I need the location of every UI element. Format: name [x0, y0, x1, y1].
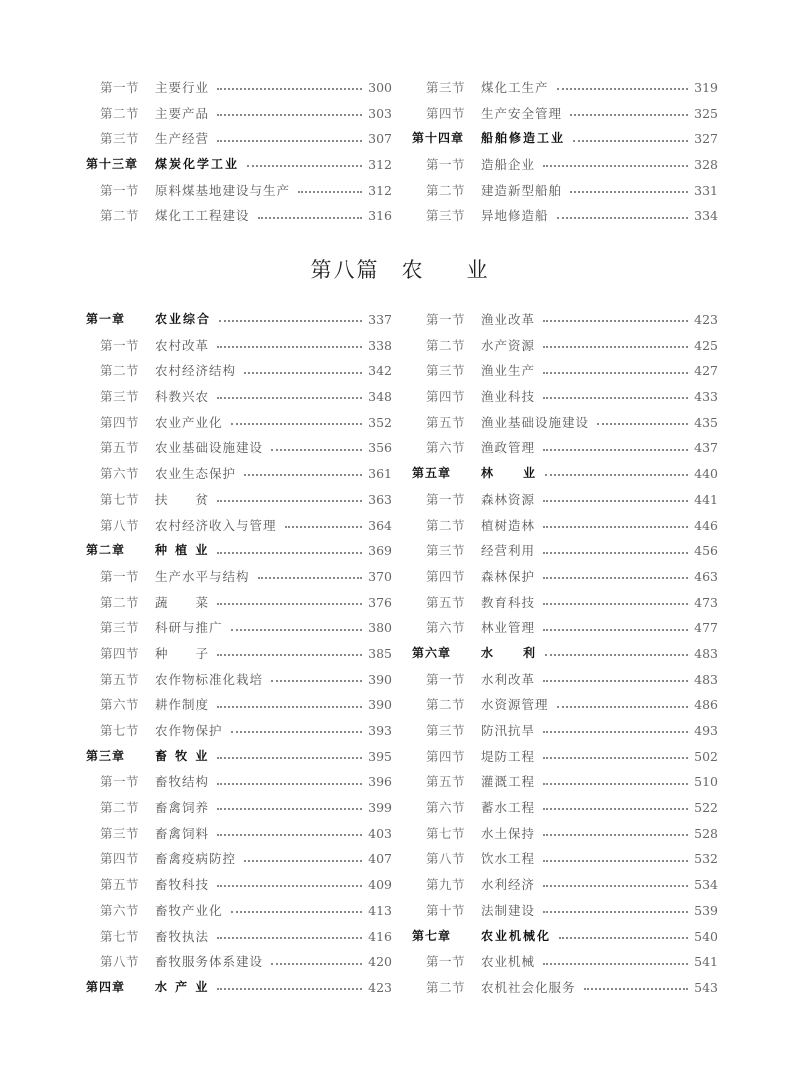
entry-title: 农业综合 — [155, 307, 217, 333]
page-number: 456 — [694, 538, 718, 564]
leader-dots — [217, 87, 362, 90]
toc-section-entry[interactable]: 第五节教育科技473 — [412, 590, 718, 616]
page-number: 483 — [694, 667, 718, 693]
entry-label: 第四节 — [426, 564, 481, 590]
leader-dots — [543, 448, 688, 451]
leader-dots — [597, 422, 688, 425]
toc-chapter-entry[interactable]: 第七章农业机械化540 — [412, 924, 718, 950]
entry-label: 第一节 — [100, 564, 155, 590]
toc-section-entry[interactable]: 第五节畜牧科技409 — [86, 872, 392, 898]
page-number: 369 — [368, 538, 392, 564]
toc-section-entry[interactable]: 第九节水利经济534 — [412, 872, 718, 898]
toc-section-entry[interactable]: 第三节生产经营307 — [86, 126, 392, 152]
toc-chapter-entry[interactable]: 第二章种 植 业369 — [86, 538, 392, 564]
page-number: 440 — [694, 461, 718, 487]
toc-section-entry[interactable]: 第六节渔政管理437 — [412, 435, 718, 461]
leader-dots — [219, 319, 362, 322]
leader-dots — [231, 422, 362, 425]
entry-label: 第二节 — [100, 101, 155, 127]
page-number: 312 — [368, 178, 392, 204]
entry-label: 第五节 — [100, 872, 155, 898]
leader-dots — [244, 473, 362, 476]
toc-section-entry[interactable]: 第七节畜牧执法416 — [86, 924, 392, 950]
toc-bottom-left-column: 第一章农业综合337第一节农村改革338第二节农村经济结构342第三节科教兴农3… — [86, 307, 392, 1001]
toc-section-entry[interactable]: 第二节蔬 菜376 — [86, 590, 392, 616]
part-number: 第八篇 — [311, 254, 380, 284]
page-number: 325 — [694, 101, 718, 127]
leader-dots — [543, 525, 688, 528]
entry-label: 第七章 — [412, 924, 481, 950]
entry-title: 畜 牧 业 — [155, 744, 215, 770]
page-number: 399 — [368, 795, 392, 821]
entry-title: 畜禽饲料 — [155, 821, 215, 847]
toc-section-entry[interactable]: 第六节林业管理477 — [412, 615, 718, 641]
entry-title: 渔政管理 — [481, 435, 541, 461]
toc-section-entry[interactable]: 第四节畜禽疫病防控407 — [86, 846, 392, 872]
toc-section-entry[interactable]: 第三节渔业生产427 — [412, 358, 718, 384]
toc-section-entry[interactable]: 第一节渔业改革423 — [412, 307, 718, 333]
leader-dots — [258, 576, 362, 579]
entry-label: 第三节 — [100, 126, 155, 152]
page-number: 540 — [694, 924, 718, 950]
toc-section-entry[interactable]: 第二节植树造林446 — [412, 513, 718, 539]
entry-label: 第二节 — [100, 358, 155, 384]
entry-label: 第二节 — [426, 692, 481, 718]
toc-section-entry[interactable]: 第四节渔业科技433 — [412, 384, 718, 410]
entry-label: 第十节 — [426, 898, 481, 924]
entry-title: 科研与推广 — [155, 615, 229, 641]
entry-label: 第四节 — [100, 641, 155, 667]
toc-section-entry[interactable]: 第三节煤化工生产319 — [412, 75, 718, 101]
entry-label: 第七节 — [426, 821, 481, 847]
toc-section-entry[interactable]: 第五节渔业基础设施建设435 — [412, 410, 718, 436]
leader-dots — [543, 730, 688, 733]
page-number: 364 — [368, 513, 392, 539]
entry-label: 第一节 — [426, 487, 481, 513]
page-number: 403 — [368, 821, 392, 847]
toc-section-entry[interactable]: 第六节蓄水工程522 — [412, 795, 718, 821]
entry-label: 第三节 — [426, 358, 481, 384]
page-number: 395 — [368, 744, 392, 770]
toc-section-entry[interactable]: 第三节科研与推广380 — [86, 615, 392, 641]
page-number: 361 — [368, 461, 392, 487]
entry-label: 第一节 — [426, 152, 481, 178]
leader-dots — [231, 730, 362, 733]
entry-title: 畜禽饲养 — [155, 795, 215, 821]
toc-section-entry[interactable]: 第二节农村经济结构342 — [86, 358, 392, 384]
leader-dots — [559, 936, 688, 939]
leader-dots — [217, 833, 362, 836]
page-number: 356 — [368, 435, 392, 461]
toc-section-entry[interactable]: 第三节防汛抗旱493 — [412, 718, 718, 744]
entry-title: 经营利用 — [481, 538, 541, 564]
entry-label: 第一节 — [100, 178, 155, 204]
toc-section-entry[interactable]: 第四节森林保护463 — [412, 564, 718, 590]
leader-dots — [543, 910, 688, 913]
page-number: 385 — [368, 641, 392, 667]
leader-dots — [543, 807, 688, 810]
page-number: 380 — [368, 615, 392, 641]
toc-section-entry[interactable]: 第一节农业机械541 — [412, 949, 718, 975]
page-number: 493 — [694, 718, 718, 744]
leader-dots — [217, 551, 362, 554]
toc-section-entry[interactable]: 第十节法制建设539 — [412, 898, 718, 924]
entry-label: 第三节 — [426, 75, 481, 101]
leader-dots — [217, 345, 362, 348]
entry-label: 第四节 — [100, 846, 155, 872]
entry-label: 第一节 — [100, 333, 155, 359]
leader-dots — [543, 499, 688, 502]
entry-label: 第六节 — [100, 692, 155, 718]
entry-label: 第四节 — [426, 101, 481, 127]
page-number: 348 — [368, 384, 392, 410]
entry-label: 第五节 — [100, 667, 155, 693]
entry-label: 第二节 — [426, 333, 481, 359]
entry-title: 农业机械 — [481, 949, 541, 975]
leader-dots — [244, 371, 362, 374]
entry-title: 耕作制度 — [155, 692, 215, 718]
page-number: 307 — [368, 126, 392, 152]
entry-title: 农机社会化服务 — [481, 975, 582, 1001]
toc-section-entry[interactable]: 第六节畜牧产业化413 — [86, 898, 392, 924]
page-number: 441 — [694, 487, 718, 513]
entry-title: 农作物标准化栽培 — [155, 667, 269, 693]
entry-title: 船舶修造工业 — [481, 126, 571, 152]
page-number: 319 — [694, 75, 718, 101]
entry-title: 农村经济结构 — [155, 358, 242, 384]
leader-dots — [543, 602, 688, 605]
entry-title: 畜牧产业化 — [155, 898, 229, 924]
page-number: 539 — [694, 898, 718, 924]
page-number: 342 — [368, 358, 392, 384]
entry-title: 种 子 — [155, 641, 215, 667]
entry-title: 植树造林 — [481, 513, 541, 539]
entry-title: 畜牧服务体系建设 — [155, 949, 269, 975]
entry-title: 农作物保护 — [155, 718, 229, 744]
page-number: 463 — [694, 564, 718, 590]
toc-section-entry[interactable]: 第二节畜禽饲养399 — [86, 795, 392, 821]
leader-dots — [231, 910, 362, 913]
entry-title: 农业生态保护 — [155, 461, 242, 487]
leader-dots — [217, 807, 362, 810]
leader-dots — [217, 705, 362, 708]
entry-label: 第二章 — [86, 538, 155, 564]
entry-title: 生产经营 — [155, 126, 215, 152]
page-number: 312 — [368, 152, 392, 178]
entry-label: 第一节 — [100, 75, 155, 101]
entry-label: 第四节 — [426, 744, 481, 770]
entry-title: 主要产品 — [155, 101, 215, 127]
entry-label: 第三节 — [426, 538, 481, 564]
toc-section-entry[interactable]: 第八节农村经济收入与管理364 — [86, 513, 392, 539]
entry-title: 生产水平与结构 — [155, 564, 256, 590]
page-number: 477 — [694, 615, 718, 641]
toc-section-entry[interactable]: 第七节水土保持528 — [412, 821, 718, 847]
toc-section-entry[interactable]: 第二节农机社会化服务543 — [412, 975, 718, 1001]
leader-dots — [543, 859, 688, 862]
toc-section-entry[interactable]: 第三节异地修造船334 — [412, 203, 718, 229]
entry-label: 第二节 — [100, 795, 155, 821]
entry-label: 第八节 — [100, 513, 155, 539]
toc-section-entry[interactable]: 第一节主要行业300 — [86, 75, 392, 101]
leader-dots — [271, 962, 362, 965]
entry-label: 第八节 — [100, 949, 155, 975]
leader-dots — [543, 782, 688, 785]
entry-title: 林 业 — [481, 461, 543, 487]
page-number: 532 — [694, 846, 718, 872]
entry-title: 主要行业 — [155, 75, 215, 101]
entry-title: 农村改革 — [155, 333, 215, 359]
leader-dots — [247, 164, 362, 167]
toc-section-entry[interactable]: 第一节原料煤基地建设与生产312 — [86, 178, 392, 204]
toc-section-entry[interactable]: 第七节扶 贫363 — [86, 487, 392, 513]
toc-section-entry[interactable]: 第二节水产资源425 — [412, 333, 718, 359]
toc-section-entry[interactable]: 第八节畜牧服务体系建设420 — [86, 949, 392, 975]
entry-title: 林业管理 — [481, 615, 541, 641]
leader-dots — [543, 833, 688, 836]
page-number: 502 — [694, 744, 718, 770]
entry-title: 水资源管理 — [481, 692, 555, 718]
entry-title: 水产资源 — [481, 333, 541, 359]
page-number: 390 — [368, 667, 392, 693]
leader-dots — [543, 164, 688, 167]
entry-title: 饮水工程 — [481, 846, 541, 872]
toc-top-right-column: 第三节煤化工生产319第四节生产安全管理325第十四章船舶修造工业327第一节造… — [412, 75, 718, 229]
entry-title: 畜牧结构 — [155, 769, 215, 795]
toc-chapter-entry[interactable]: 第三章畜 牧 业395 — [86, 744, 392, 770]
entry-title: 水 利 — [481, 641, 543, 667]
toc-section-entry[interactable]: 第六节耕作制度390 — [86, 692, 392, 718]
toc-chapter-entry[interactable]: 第四章水 产 业423 — [86, 975, 392, 1001]
leader-dots — [271, 679, 362, 682]
entry-title: 农业产业化 — [155, 410, 229, 436]
leader-dots — [298, 190, 362, 193]
entry-label: 第二节 — [426, 513, 481, 539]
leader-dots — [217, 113, 362, 116]
page-number: 390 — [368, 692, 392, 718]
entry-label: 第八节 — [426, 846, 481, 872]
entry-label: 第七节 — [100, 924, 155, 950]
entry-title: 煤化工工程建设 — [155, 203, 256, 229]
entry-title: 蓄水工程 — [481, 795, 541, 821]
entry-title: 畜牧执法 — [155, 924, 215, 950]
page-number: 393 — [368, 718, 392, 744]
page-number: 376 — [368, 590, 392, 616]
entry-label: 第九节 — [426, 872, 481, 898]
page-number: 534 — [694, 872, 718, 898]
leader-dots — [543, 962, 688, 965]
toc-section-entry[interactable]: 第一节造船企业328 — [412, 152, 718, 178]
page-number: 352 — [368, 410, 392, 436]
toc-section-entry[interactable]: 第三节经营利用456 — [412, 538, 718, 564]
page-number: 363 — [368, 487, 392, 513]
leader-dots — [217, 396, 362, 399]
toc-chapter-entry[interactable]: 第六章水 利483 — [412, 641, 718, 667]
entry-label: 第三节 — [100, 615, 155, 641]
entry-title: 水土保持 — [481, 821, 541, 847]
leader-dots — [217, 884, 362, 887]
leader-dots — [244, 859, 362, 862]
page-number: 446 — [694, 513, 718, 539]
leader-dots — [543, 884, 688, 887]
entry-label: 第六节 — [426, 795, 481, 821]
entry-label: 第四章 — [86, 975, 155, 1001]
leader-dots — [231, 628, 362, 631]
entry-title: 渔业生产 — [481, 358, 541, 384]
entry-label: 第三节 — [426, 203, 481, 229]
entry-label: 第六节 — [426, 435, 481, 461]
toc-chapter-entry[interactable]: 第五章林 业440 — [412, 461, 718, 487]
page-number: 409 — [368, 872, 392, 898]
leader-dots — [543, 756, 688, 759]
leader-dots — [217, 139, 362, 142]
entry-title: 水 产 业 — [155, 975, 215, 1001]
toc-section-entry[interactable]: 第二节主要产品303 — [86, 101, 392, 127]
part-name-second-char: 业 — [467, 254, 490, 284]
entry-label: 第三节 — [100, 821, 155, 847]
entry-title: 森林保护 — [481, 564, 541, 590]
page-number: 473 — [694, 590, 718, 616]
page-number: 328 — [694, 152, 718, 178]
entry-label: 第六节 — [100, 898, 155, 924]
leader-dots — [285, 525, 362, 528]
page-number: 316 — [368, 203, 392, 229]
toc-section-entry[interactable]: 第一节水利改革483 — [412, 667, 718, 693]
page-number: 510 — [694, 769, 718, 795]
entry-title: 水利经济 — [481, 872, 541, 898]
part-name-first-char: 农 — [402, 254, 425, 284]
entry-title: 畜禽疫病防控 — [155, 846, 242, 872]
page-number: 327 — [694, 126, 718, 152]
toc-bottom-right-column: 第一节渔业改革423第二节水产资源425第三节渔业生产427第四节渔业科技433… — [412, 307, 718, 1001]
entry-title: 扶 贫 — [155, 487, 215, 513]
entry-title: 农业基础设施建设 — [155, 435, 269, 461]
page-number: 300 — [368, 75, 392, 101]
page-number: 541 — [694, 949, 718, 975]
toc-section-entry[interactable]: 第二节煤化工工程建设316 — [86, 203, 392, 229]
toc-section-entry[interactable]: 第一节畜牧结构396 — [86, 769, 392, 795]
entry-label: 第五节 — [426, 410, 481, 436]
leader-dots — [543, 551, 688, 554]
entry-label: 第六章 — [412, 641, 481, 667]
toc-chapter-entry[interactable]: 第十四章船舶修造工业327 — [412, 126, 718, 152]
entry-label: 第五节 — [426, 590, 481, 616]
entry-label: 第十四章 — [412, 126, 481, 152]
toc-section-entry[interactable]: 第四节堤防工程502 — [412, 744, 718, 770]
leader-dots — [217, 782, 362, 785]
toc-chapter-entry[interactable]: 第一章农业综合337 — [86, 307, 392, 333]
page-number: 370 — [368, 564, 392, 590]
entry-title: 渔业改革 — [481, 307, 541, 333]
page-number: 338 — [368, 333, 392, 359]
leader-dots — [543, 576, 688, 579]
leader-dots — [543, 319, 688, 322]
toc-section-entry[interactable]: 第八节饮水工程532 — [412, 846, 718, 872]
toc-section-entry[interactable]: 第六节农业生态保护361 — [86, 461, 392, 487]
page-number: 423 — [694, 307, 718, 333]
toc-section-entry[interactable]: 第一节生产水平与结构370 — [86, 564, 392, 590]
entry-label: 第十三章 — [86, 152, 155, 178]
toc-section-entry[interactable]: 第四节种 子385 — [86, 641, 392, 667]
toc-section-entry[interactable]: 第一节森林资源441 — [412, 487, 718, 513]
toc-section-entry[interactable]: 第四节生产安全管理325 — [412, 101, 718, 127]
toc-section-entry[interactable]: 第五节灌溉工程510 — [412, 769, 718, 795]
entry-label: 第六节 — [100, 461, 155, 487]
entry-title: 畜牧科技 — [155, 872, 215, 898]
entry-title: 农业机械化 — [481, 924, 557, 950]
entry-label: 第五节 — [426, 769, 481, 795]
leader-dots — [543, 396, 688, 399]
entry-title: 森林资源 — [481, 487, 541, 513]
page-number: 407 — [368, 846, 392, 872]
toc-section-entry[interactable]: 第五节农业基础设施建设356 — [86, 435, 392, 461]
entry-title: 建造新型船舶 — [481, 178, 568, 204]
entry-title: 异地修造船 — [481, 203, 555, 229]
entry-label: 第二节 — [426, 975, 481, 1001]
entry-title: 防汛抗旱 — [481, 718, 541, 744]
page-number: 483 — [694, 641, 718, 667]
page-number: 331 — [694, 178, 718, 204]
page-number: 437 — [694, 435, 718, 461]
entry-label: 第二节 — [100, 590, 155, 616]
part-heading: 第八篇农业 — [0, 254, 800, 284]
toc-section-entry[interactable]: 第三节科教兴农348 — [86, 384, 392, 410]
toc-section-entry[interactable]: 第二节建造新型船舶331 — [412, 178, 718, 204]
entry-title: 堤防工程 — [481, 744, 541, 770]
toc-section-entry[interactable]: 第五节农作物标准化栽培390 — [86, 667, 392, 693]
leader-dots — [570, 190, 688, 193]
entry-title: 科教兴农 — [155, 384, 215, 410]
leader-dots — [545, 653, 688, 656]
page-number: 413 — [368, 898, 392, 924]
entry-label: 第一节 — [100, 769, 155, 795]
entry-title: 灌溉工程 — [481, 769, 541, 795]
entry-label: 第三节 — [100, 384, 155, 410]
toc-chapter-entry[interactable]: 第十三章煤炭化学工业312 — [86, 152, 392, 178]
leader-dots — [570, 113, 688, 116]
toc-section-entry[interactable]: 第四节农业产业化352 — [86, 410, 392, 436]
toc-section-entry[interactable]: 第七节农作物保护393 — [86, 718, 392, 744]
entry-label: 第二节 — [100, 203, 155, 229]
page-number: 416 — [368, 924, 392, 950]
entry-label: 第一节 — [426, 307, 481, 333]
entry-title: 水利改革 — [481, 667, 541, 693]
leader-dots — [557, 705, 688, 708]
entry-label: 第三章 — [86, 744, 155, 770]
leader-dots — [543, 371, 688, 374]
page-number: 435 — [694, 410, 718, 436]
leader-dots — [545, 473, 688, 476]
leader-dots — [271, 448, 362, 451]
entry-label: 第七节 — [100, 718, 155, 744]
page-number: 528 — [694, 821, 718, 847]
entry-title: 种 植 业 — [155, 538, 215, 564]
entry-label: 第一章 — [86, 307, 155, 333]
toc-section-entry[interactable]: 第一节农村改革338 — [86, 333, 392, 359]
entry-title: 渔业基础设施建设 — [481, 410, 595, 436]
entry-title: 法制建设 — [481, 898, 541, 924]
toc-section-entry[interactable]: 第二节水资源管理486 — [412, 692, 718, 718]
page-number: 486 — [694, 692, 718, 718]
leader-dots — [573, 139, 688, 142]
leader-dots — [543, 628, 688, 631]
page-number: 337 — [368, 307, 392, 333]
entry-title: 蔬 菜 — [155, 590, 215, 616]
leader-dots — [217, 602, 362, 605]
entry-title: 煤化工生产 — [481, 75, 555, 101]
toc-section-entry[interactable]: 第三节畜禽饲料403 — [86, 821, 392, 847]
entry-title: 煤炭化学工业 — [155, 152, 245, 178]
